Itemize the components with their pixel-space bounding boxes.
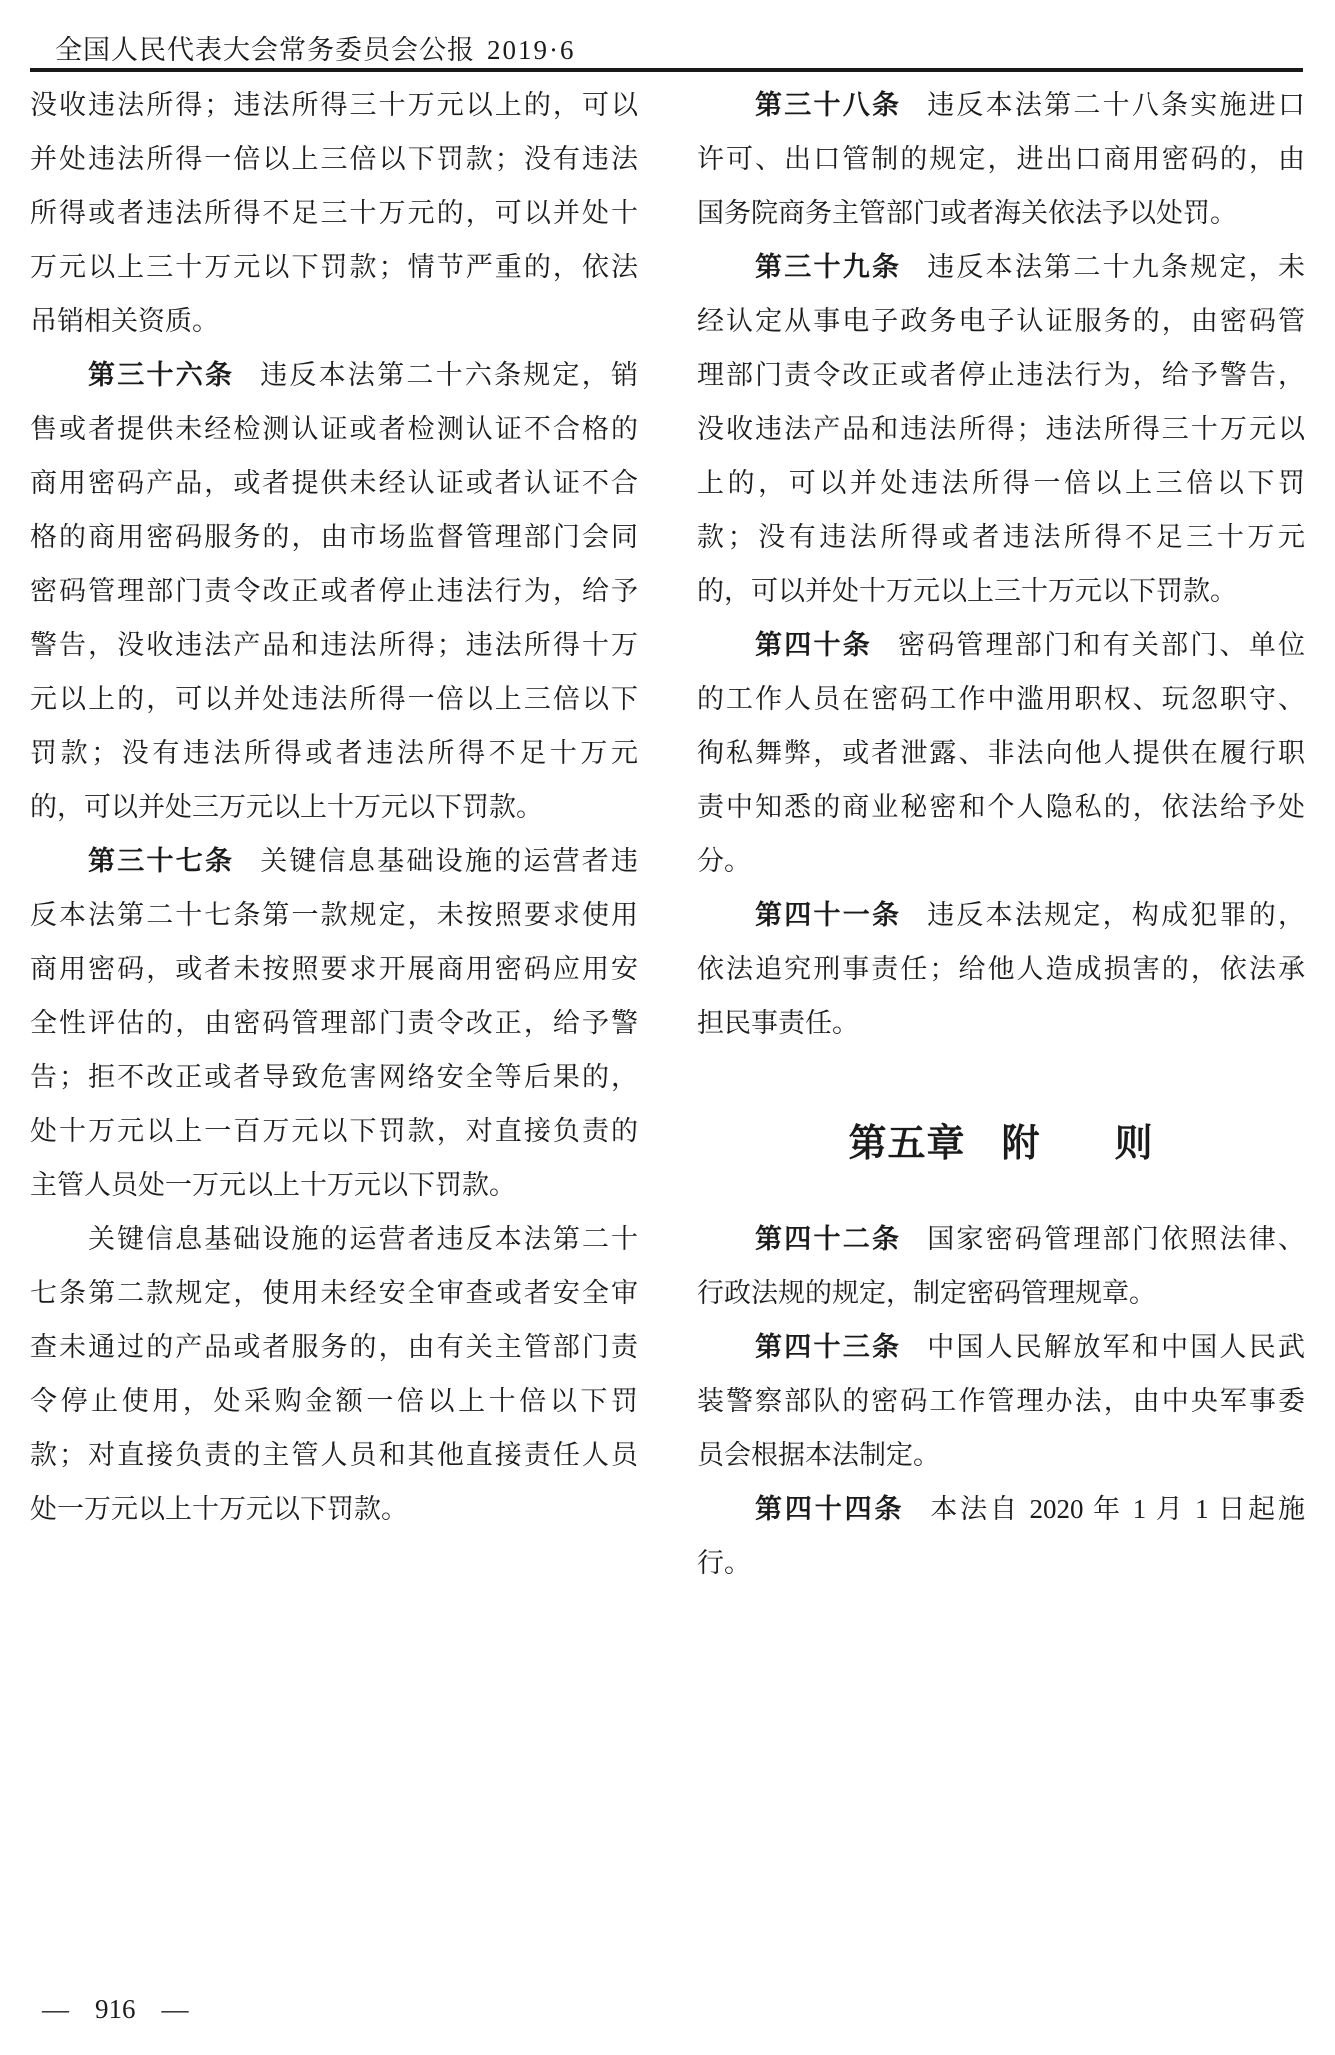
line-text: 国务院商务主管部门或者海关依法予以处罚。 — [697, 198, 1237, 228]
text-line: 密码管理部门责令改正或者停止违法行为，给予 — [30, 564, 638, 618]
line-text: 的，可以并处十万元以上三十万元以下罚款。 — [697, 576, 1237, 606]
line-text: 七条第二款规定，使用未经安全审查或者安全审 — [30, 1278, 638, 1308]
text-line: 主管人员处一万元以上十万元以下罚款。 — [30, 1158, 638, 1212]
line-text: 的工作人员在密码工作中滥用职权、玩忽职守、 — [697, 684, 1305, 714]
line-text: 罚款；没有违法所得或者违法所得不足十万元 — [30, 738, 638, 768]
text-line: 关键信息基础设施的运营者违反本法第二十 — [30, 1212, 638, 1266]
line-text: 违反本法规定，构成犯罪的， — [927, 900, 1305, 930]
page-header: 全国人民代表大会常务委员会公报2019·6 — [55, 28, 576, 67]
line-text: 反本法第二十七条第一款规定，未按照要求使用 — [30, 900, 638, 930]
text-line: 行。 — [697, 1536, 1305, 1590]
chapter-heading: 第五章附则 — [697, 1050, 1305, 1212]
line-text: 装警察部队的密码工作管理办法，由中央军事委 — [697, 1386, 1305, 1416]
text-line: 徇私舞弊，或者泄露、非法向他人提供在履行职 — [697, 726, 1305, 780]
gazette-page: 全国人民代表大会常务委员会公报2019·6 没收违法所得；违法所得三十万元以上的… — [0, 0, 1335, 2055]
column-left: 没收违法所得；违法所得三十万元以上的，可以并处违法所得一倍以上三倍以下罚款；没有… — [30, 78, 638, 1536]
line-text: 经认定从事电子政务电子认证服务的，由密码管 — [697, 306, 1305, 336]
text-line: 售或者提供未经检测认证或者检测认证不合格的 — [30, 402, 638, 456]
article-number: 第三十六条 — [88, 360, 234, 390]
text-line: 行政法规的规定，制定密码管理规章。 — [697, 1266, 1305, 1320]
line-text: 国家密码管理部门依照法律、 — [927, 1224, 1305, 1254]
text-line: 装警察部队的密码工作管理办法，由中央军事委 — [697, 1374, 1305, 1428]
line-text: 处十万元以上一百万元以下罚款，对直接负责的 — [30, 1116, 638, 1146]
line-text: 密码管理部门责令改正或者停止违法行为，给予 — [30, 576, 638, 606]
line-text: 所得或者违法所得不足三十万元的，可以并处十 — [30, 198, 638, 228]
line-text: 违反本法第二十八条实施进口 — [927, 90, 1305, 120]
line-text: 本法自 2020 年 1 月 1 日起施 — [930, 1494, 1305, 1524]
text-line: 第四十一条违反本法规定，构成犯罪的， — [697, 888, 1305, 942]
text-line: 查未通过的产品或者服务的，由有关主管部门责 — [30, 1320, 638, 1374]
text-line: 令停止使用，处采购金额一倍以上十倍以下罚 — [30, 1374, 638, 1428]
line-text: 售或者提供未经检测认证或者检测认证不合格的 — [30, 414, 638, 444]
text-line: 反本法第二十七条第一款规定，未按照要求使用 — [30, 888, 638, 942]
line-text: 商用密码产品，或者提供未经认证或者认证不合 — [30, 468, 638, 498]
line-text: 上的，可以并处违法所得一倍以上三倍以下罚 — [697, 468, 1305, 498]
article-number: 第三十八条 — [755, 90, 901, 120]
text-line: 所得或者违法所得不足三十万元的，可以并处十 — [30, 186, 638, 240]
line-text: 分。 — [697, 846, 751, 876]
text-line: 格的商用密码服务的，由市场监督管理部门会同 — [30, 510, 638, 564]
page-footer: —916— — [42, 1994, 189, 2025]
text-line: 商用密码产品，或者提供未经认证或者认证不合 — [30, 456, 638, 510]
chapter-heading-part: 则 — [1115, 1112, 1154, 1167]
line-text: 警告，没收违法产品和违法所得；违法所得十万 — [30, 630, 638, 660]
line-text: 查未通过的产品或者服务的，由有关主管部门责 — [30, 1332, 638, 1362]
text-line: 告；拒不改正或者导致危害网络安全等后果的， — [30, 1050, 638, 1104]
text-line: 理部门责令改正或者停止违法行为，给予警告， — [697, 348, 1305, 402]
article-number: 第三十七条 — [88, 846, 234, 876]
text-line: 担民事责任。 — [697, 996, 1305, 1050]
text-line: 的，可以并处三万元以上十万元以下罚款。 — [30, 780, 638, 834]
text-line: 吊销相关资质。 — [30, 294, 638, 348]
text-line: 元以上的，可以并处违法所得一倍以上三倍以下 — [30, 672, 638, 726]
line-text: 全性评估的，由密码管理部门责令改正，给予警 — [30, 1008, 638, 1038]
line-text: 密码管理部门和有关部门、单位 — [898, 630, 1305, 660]
text-line: 没收违法所得；违法所得三十万元以上的，可以 — [30, 78, 638, 132]
line-text: 关键信息基础设施的运营者违反本法第二十 — [88, 1224, 638, 1254]
header-rule — [30, 68, 1303, 72]
text-line: 全性评估的，由密码管理部门责令改正，给予警 — [30, 996, 638, 1050]
text-line: 第三十七条关键信息基础设施的运营者违 — [30, 834, 638, 888]
line-text: 没收违法产品和违法所得；违法所得三十万元以 — [697, 414, 1305, 444]
line-text: 款；对直接负责的主管人员和其他直接责任人员 — [30, 1440, 638, 1470]
text-line: 第四十条密码管理部门和有关部门、单位 — [697, 618, 1305, 672]
text-line: 国务院商务主管部门或者海关依法予以处罚。 — [697, 186, 1305, 240]
line-text: 令停止使用，处采购金额一倍以上十倍以下罚 — [30, 1386, 638, 1416]
line-text: 违反本法第二十六条规定，销 — [260, 360, 638, 390]
article-number: 第四十一条 — [755, 900, 901, 930]
line-text: 主管人员处一万元以上十万元以下罚款。 — [30, 1170, 516, 1200]
text-line: 第三十八条违反本法第二十八条实施进口 — [697, 78, 1305, 132]
article-number: 第四十三条 — [755, 1332, 901, 1362]
line-text: 中国人民解放军和中国人民武 — [927, 1332, 1305, 1362]
text-line: 第四十四条本法自 2020 年 1 月 1 日起施 — [697, 1482, 1305, 1536]
line-text: 告；拒不改正或者导致危害网络安全等后果的， — [30, 1062, 638, 1092]
text-line: 第三十九条违反本法第二十九条规定，未 — [697, 240, 1305, 294]
text-line: 分。 — [697, 834, 1305, 888]
text-line: 七条第二款规定，使用未经安全审查或者安全审 — [30, 1266, 638, 1320]
column-right: 第三十八条违反本法第二十八条实施进口许可、出口管制的规定，进出口商用密码的，由国… — [697, 78, 1305, 1590]
line-text: 处一万元以上十万元以下罚款。 — [30, 1494, 408, 1524]
line-text: 违反本法第二十九条规定，未 — [927, 252, 1305, 282]
text-line: 万元以上三十万元以下罚款；情节严重的，依法 — [30, 240, 638, 294]
line-text: 没收违法所得；违法所得三十万元以上的，可以 — [30, 90, 638, 120]
line-text: 担民事责任。 — [697, 1008, 859, 1038]
text-line: 罚款；没有违法所得或者违法所得不足十万元 — [30, 726, 638, 780]
text-line: 第四十三条中国人民解放军和中国人民武 — [697, 1320, 1305, 1374]
line-text: 理部门责令改正或者停止违法行为，给予警告， — [697, 360, 1305, 390]
footer-left-dash: — — [42, 1994, 69, 2024]
line-text: 格的商用密码服务的，由市场监督管理部门会同 — [30, 522, 638, 552]
line-text: 吊销相关资质。 — [30, 306, 219, 336]
line-text: 行。 — [697, 1548, 751, 1578]
text-line: 第三十六条违反本法第二十六条规定，销 — [30, 348, 638, 402]
line-text: 的，可以并处三万元以上十万元以下罚款。 — [30, 792, 543, 822]
text-line: 的工作人员在密码工作中滥用职权、玩忽职守、 — [697, 672, 1305, 726]
text-line: 责中知悉的商业秘密和个人隐私的，依法给予处 — [697, 780, 1305, 834]
header-title: 全国人民代表大会常务委员会公报 — [55, 35, 475, 65]
chapter-heading-part: 第五章 — [848, 1112, 965, 1167]
line-text: 万元以上三十万元以下罚款；情节严重的，依法 — [30, 252, 638, 282]
line-text: 许可、出口管制的规定，进出口商用密码的，由 — [697, 144, 1305, 174]
line-text: 商用密码，或者未按照要求开展商用密码应用安 — [30, 954, 638, 984]
article-number: 第三十九条 — [755, 252, 901, 282]
text-line: 依法追究刑事责任；给他人造成损害的，依法承 — [697, 942, 1305, 996]
line-text: 款；没有违法所得或者违法所得不足三十万元 — [697, 522, 1305, 552]
text-line: 并处违法所得一倍以上三倍以下罚款；没有违法 — [30, 132, 638, 186]
line-text: 员会根据本法制定。 — [697, 1440, 940, 1470]
text-line: 经认定从事电子政务电子认证服务的，由密码管 — [697, 294, 1305, 348]
text-line: 上的，可以并处违法所得一倍以上三倍以下罚 — [697, 456, 1305, 510]
article-number: 第四十二条 — [755, 1224, 901, 1254]
text-line: 商用密码，或者未按照要求开展商用密码应用安 — [30, 942, 638, 996]
line-text: 徇私舞弊，或者泄露、非法向他人提供在履行职 — [697, 738, 1305, 768]
article-number: 第四十条 — [755, 630, 872, 660]
line-text: 依法追究刑事责任；给他人造成损害的，依法承 — [697, 954, 1305, 984]
chapter-heading-part: 附 — [1001, 1112, 1040, 1167]
line-text: 并处违法所得一倍以上三倍以下罚款；没有违法 — [30, 144, 638, 174]
text-line: 许可、出口管制的规定，进出口商用密码的，由 — [697, 132, 1305, 186]
line-text: 关键信息基础设施的运营者违 — [260, 846, 638, 876]
article-number: 第四十四条 — [755, 1494, 904, 1524]
text-line: 处十万元以上一百万元以下罚款，对直接负责的 — [30, 1104, 638, 1158]
text-line: 第四十二条国家密码管理部门依照法律、 — [697, 1212, 1305, 1266]
line-text: 元以上的，可以并处违法所得一倍以上三倍以下 — [30, 684, 638, 714]
footer-page-number: 916 — [95, 1994, 136, 2024]
line-text: 责中知悉的商业秘密和个人隐私的，依法给予处 — [697, 792, 1305, 822]
footer-right-dash: — — [162, 1994, 189, 2024]
header-issue: 2019·6 — [487, 35, 576, 65]
text-line: 员会根据本法制定。 — [697, 1428, 1305, 1482]
text-line: 的，可以并处十万元以上三十万元以下罚款。 — [697, 564, 1305, 618]
text-line: 款；没有违法所得或者违法所得不足三十万元 — [697, 510, 1305, 564]
text-line: 处一万元以上十万元以下罚款。 — [30, 1482, 638, 1536]
line-text: 行政法规的规定，制定密码管理规章。 — [697, 1278, 1156, 1308]
text-line: 没收违法产品和违法所得；违法所得三十万元以 — [697, 402, 1305, 456]
text-line: 款；对直接负责的主管人员和其他直接责任人员 — [30, 1428, 638, 1482]
text-line: 警告，没收违法产品和违法所得；违法所得十万 — [30, 618, 638, 672]
